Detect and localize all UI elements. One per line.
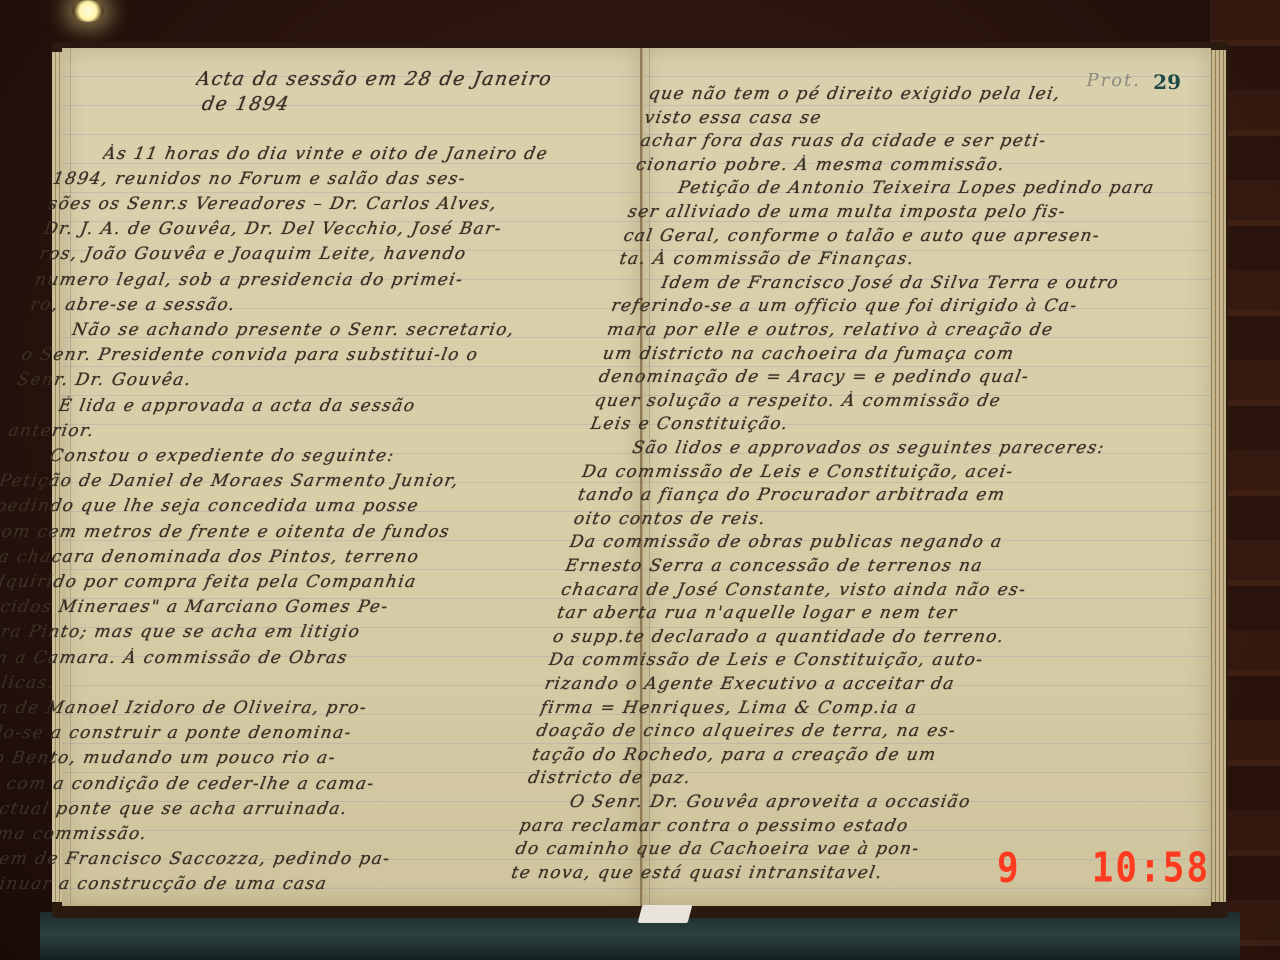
handwritten-line: que não tem o pé direito exigido pela le… [647,84,1195,104]
handwritten-line: ros, João Gouvêa e Joaquim Leite, havend… [38,244,596,264]
handwritten-line: ro, abre-se a sessão. [29,295,587,315]
timestamp-time: 10:58 [1092,845,1210,892]
handwritten-line: achar fora das ruas da cidade e ser peti… [639,131,1187,151]
handwritten-line: quer solução a respeito. À commissão de [593,391,1141,411]
lamp-glare [72,0,104,22]
handwritten-line: reira Pinto; mas que se acha em litigio [0,622,529,642]
handwritten-line: com cem metros de frente e oitenta de fu… [0,522,546,542]
right-page: Prot. 29 que não tem o pé direito exigid… [642,48,1211,906]
handwritten-line: firma = Henriques, Lima & Comp.ia a [539,698,1087,718]
handwritten-line: Ernesto Serra a concessão de terrenos na [564,556,1112,576]
handwritten-line: É lida e approvada a acta da sessão [57,396,569,416]
handwritten-line: tando a fiança do Procurador arbitrada e… [576,485,1124,505]
handwritten-line: o Senr. Presidente convida para substitu… [20,345,578,365]
handwritten-line: pedindo que lhe seja concedida uma posse [0,496,551,516]
handwritten-line: ra continuar a construcção de uma casa [0,874,484,894]
handwritten-line: referindo-se a um officio que foi dirigi… [610,296,1158,316]
handwritten-line: oito contos de reis. [572,509,1120,529]
handwritten-line: Idem de Manoel Izidoro de Oliveira, pro- [0,698,515,718]
camera-date-stamp: 9 10:58 [997,845,1210,892]
handwritten-line: Dr. J. A. de Gouvêa, Dr. Del Vecchio, Jo… [42,219,600,239]
handwritten-line: Constou o expediente do seguinte: [48,446,560,466]
handwritten-line: Senr. Dr. Gouvêa. [16,370,574,390]
handwritten-line: Publicas. [0,673,520,693]
handwritten-line: adquirido por compra feita pela Companhi… [0,572,538,592]
handwritten-line: Da commissão de obras publicas negando a [568,532,1116,552]
handwritten-line: À mesma commissão. [0,824,493,844]
handwritten-line: de 1894 [200,93,622,115]
handwritten-line: visto essa casa se [643,108,1191,128]
handwritten-line: ra a actual ponte que se acha arruinada. [0,799,498,819]
handwritten-line: com a Camara. À commissão de Obras [0,648,524,668]
handwritten-line: 1894, reunidos no Forum e salão das ses- [51,169,609,189]
handwritten-line: um districto na cachoeira da fumaça com [601,344,1149,364]
handwritten-line: doação de cinco alqueires de terra, na e… [535,721,1083,741]
handwritten-line: Não se achando presente o Senr. secretar… [71,320,583,340]
handwritten-line: numero legal, sob a presidencia do prime… [33,270,591,290]
torn-paper-scrap [638,905,693,923]
handwritten-line: São lidos e approvados os seguintes pare… [631,438,1133,458]
handwritten-line: districto de paz. [526,768,1074,788]
handwritten-line: o supp.te declarado a quantidade do terr… [551,627,1099,647]
handwritten-line: da do Bento, mudando um pouco rio a- [0,748,507,768]
timestamp-day: 9 [997,845,1021,892]
handwritten-line: Leis e Constituição. [589,414,1137,434]
handwritten-line: ta. À commissão de Finanças. [618,249,1166,269]
handwritten-line: do caminho que da Cachoeira vae à pon- [514,839,1062,859]
handwritten-line: cima, com a condição de ceder-lhe a cama… [0,774,502,794]
handwritten-line: Idem de Francisco Saccozza, pedindo pa- [0,849,489,869]
handwritten-line: Petição de Daniel de Moraes Sarmento Jun… [0,471,555,491]
handwritten-line: "Acidos Mineraes" a Marciano Gomes Pe- [0,597,533,617]
handwritten-line: cionario pobre. À mesma commissão. [635,155,1183,175]
handwritten-line: pondo-se a construir a ponte denomina- [0,723,511,743]
handwritten-line: para reclamar contra o pessimo estado [518,816,1066,836]
handwritten-line: Às 11 horas do dia vinte e oito de Janei… [102,144,614,164]
handwritten-line: ser alliviado de uma multa imposta pelo … [626,202,1174,222]
handwritten-line: mara por elle e outros, relativo à creaç… [606,320,1154,340]
handwritten-line: Petição de Antonio Teixeira Lopes pedind… [676,178,1178,198]
handwritten-line: tar aberta rua n'aquelle logar e nem ter [556,603,1104,623]
handwritten-line: anterior. [7,421,565,441]
handwritten-line: denominação de = Aracy = e pedindo qual- [597,367,1145,387]
handwritten-line: tação do Rochedo, para a creação de um [531,745,1079,765]
handwritten-line: Acta da sessão em 28 de Janeiro [195,68,627,90]
handwritten-line: sões os Senr.s Vereadores – Dr. Carlos A… [47,194,605,214]
handwritten-line: Idem de Francisco José da Silva Terra e … [660,273,1162,293]
handwritten-line: rizando o Agente Executivo a acceitar da [543,674,1091,694]
handwritten-line: te nova, que está quasi intransitavel. [510,863,1058,883]
handwritten-line: na chacara denominada dos Pintos, terren… [0,547,542,567]
handwritten-line: Da commissão de Leis e Constituição, ace… [581,462,1129,482]
handwritten-line: cal Geral, conforme o talão e auto que a… [622,226,1170,246]
handwritten-line: chacara de José Constante, visto ainda n… [560,580,1108,600]
handwritten-line: O Senr. Dr. Gouvêa aproveita a occasião [568,792,1070,812]
handwritten-line: Da commissão de Leis e Constituição, aut… [547,650,1095,670]
